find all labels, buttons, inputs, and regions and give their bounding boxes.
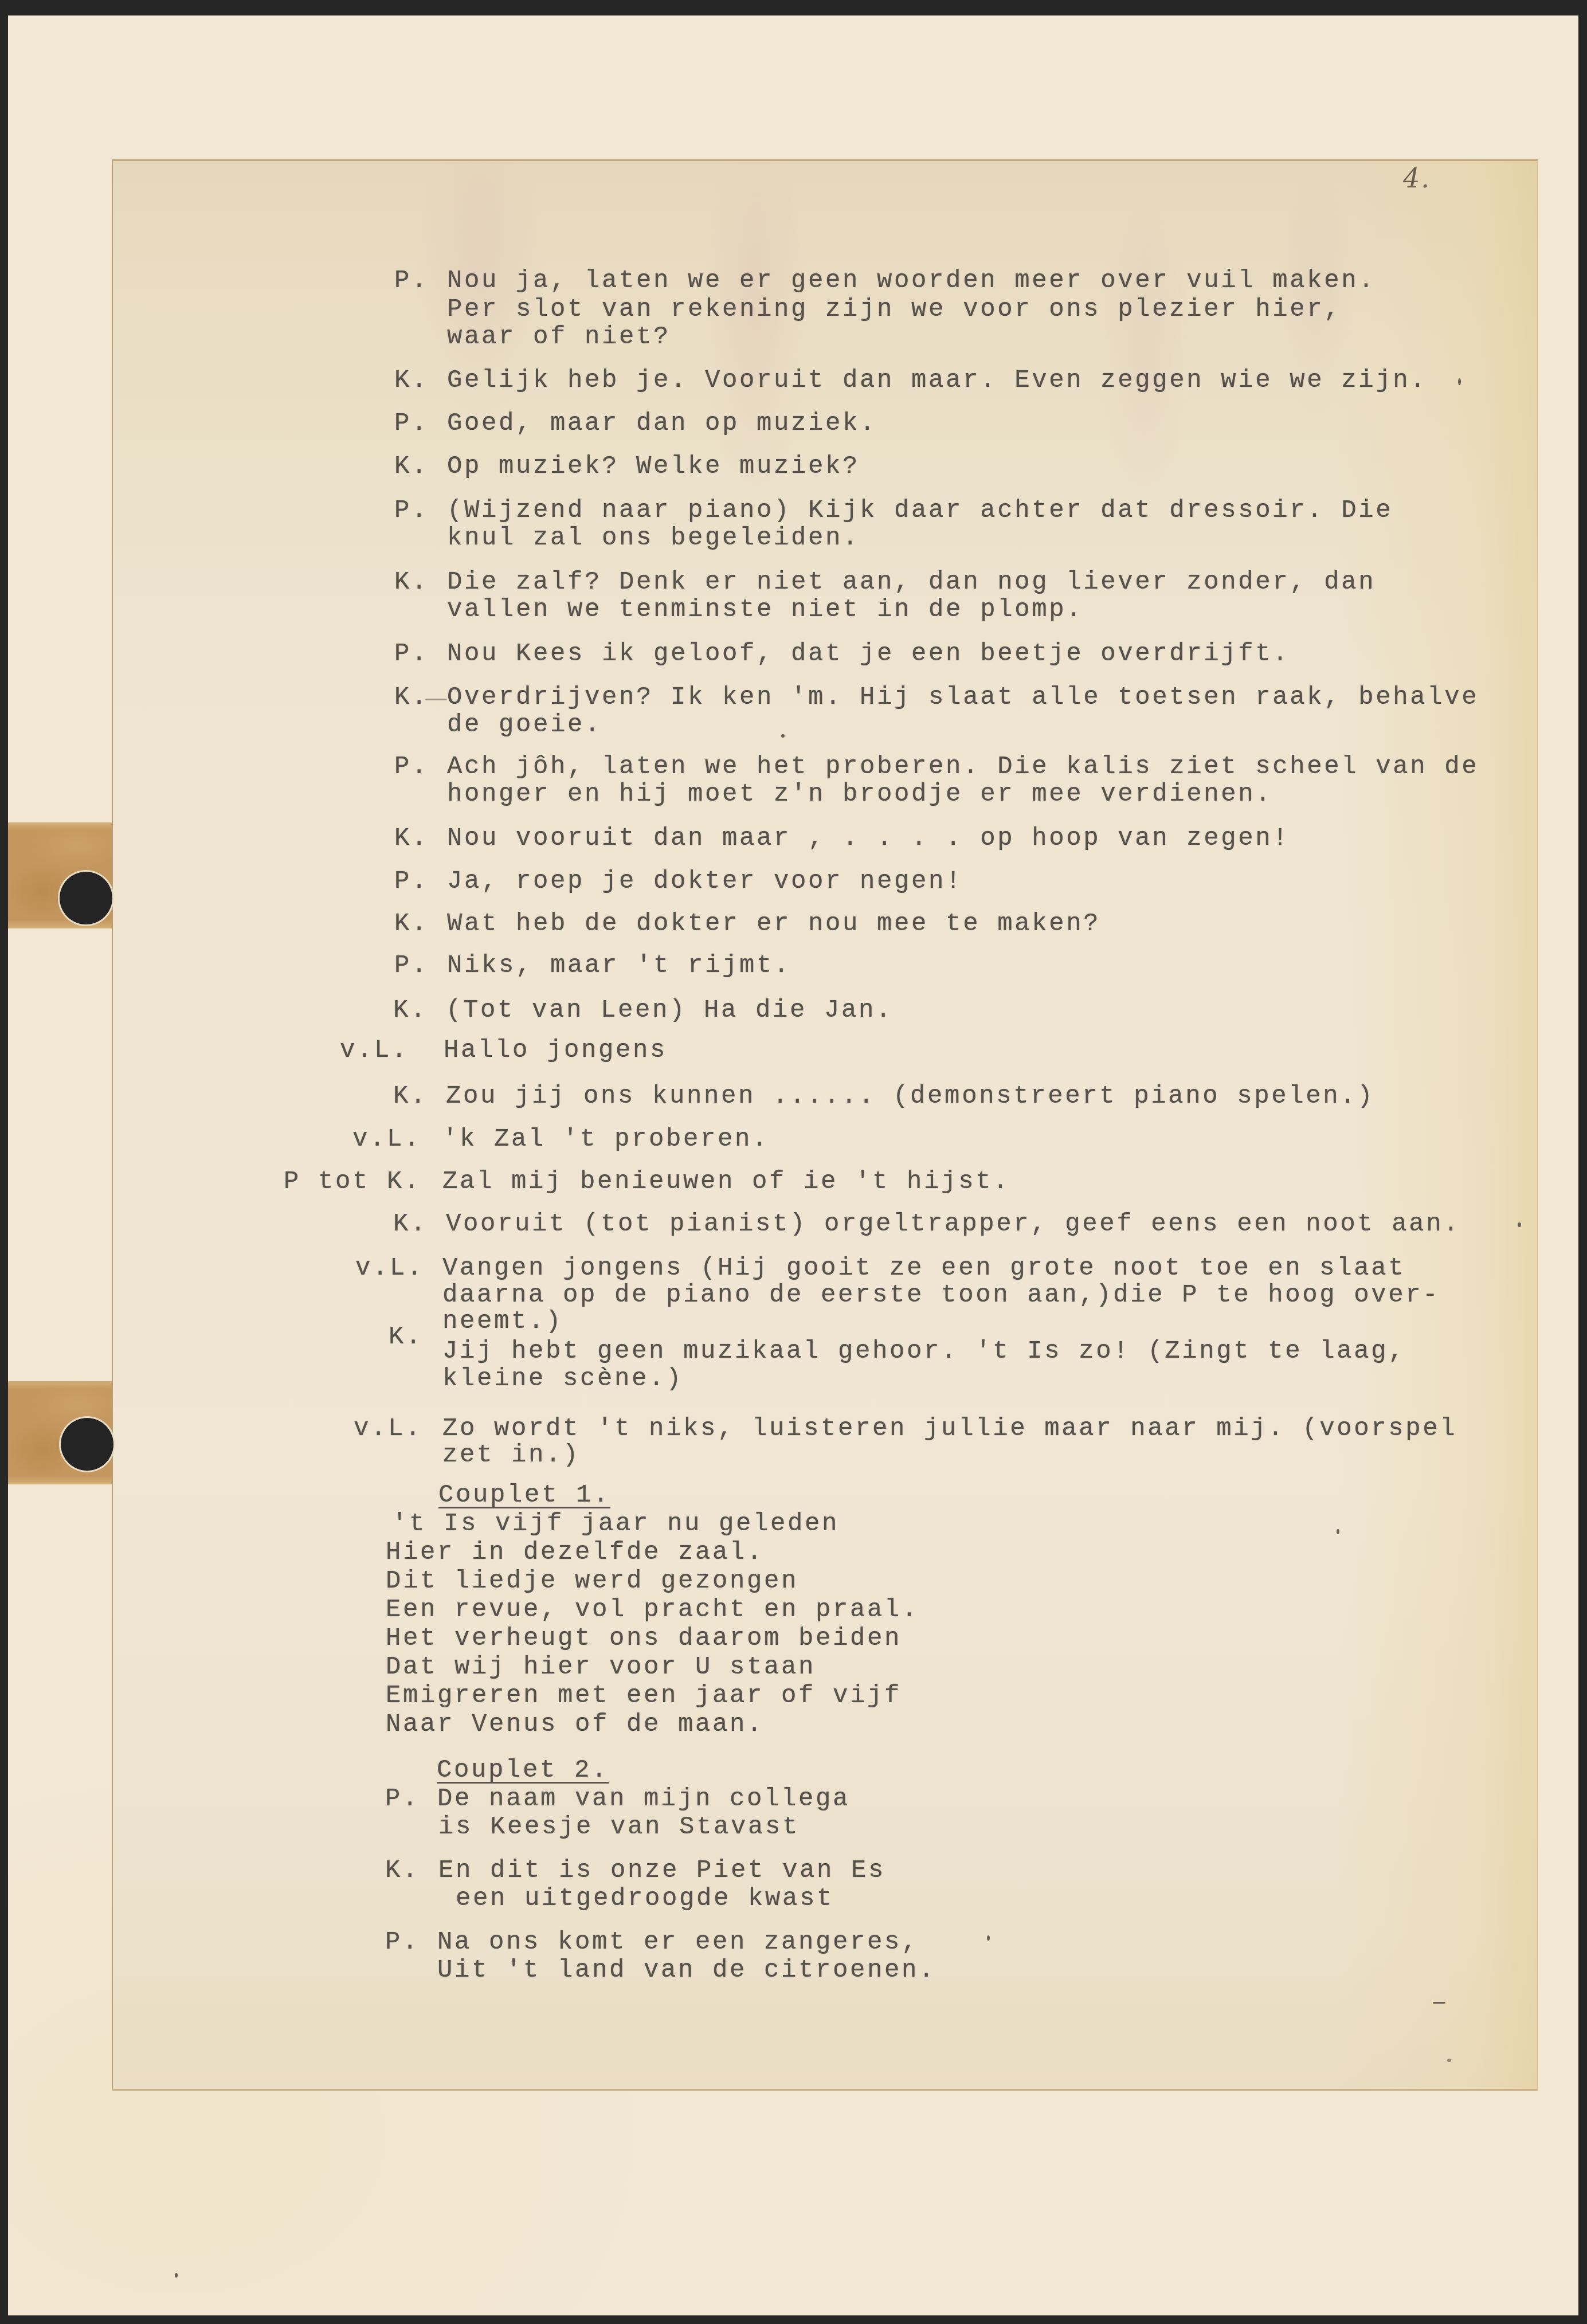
speaker-label: K.: [394, 452, 429, 481]
song-line: Dit liedje werd gezongen: [386, 1567, 798, 1596]
dialogue-line: daarna op de piano de eerste toon aan,)d…: [442, 1281, 1440, 1310]
speaker-label: v.L.: [354, 1414, 422, 1443]
ink-speck: [1458, 378, 1461, 385]
song-line: 't Is vijf jaar nu geleden: [392, 1510, 839, 1538]
speaker-label: K.: [393, 1210, 428, 1239]
speaker-label: K.: [393, 996, 428, 1025]
speaker-label: P.: [394, 951, 429, 980]
dialogue-line: Nou vooruit dan maar , . . . . op hoop v…: [447, 824, 1290, 853]
dialogue-line: Die zalf? Denk er niet aan, dan nog liev…: [447, 568, 1376, 597]
speaker-label: K.: [394, 568, 429, 597]
song-line: Uit 't land van de citroenen.: [437, 1956, 936, 1985]
dialogue-line: Gelijk heb je. Vooruit dan maar. Even ze…: [447, 366, 1427, 395]
dialogue-line: Overdrijven? Ik ken 'm. Hij slaat alle t…: [447, 683, 1479, 712]
dialogue-line: (Wijzend naar piano) Kijk daar achter da…: [447, 496, 1393, 525]
dialogue-line: Nou ja, laten we er geen woorden meer ov…: [447, 267, 1376, 295]
speaker-label: P.: [385, 1785, 420, 1813]
ink-speck: [1433, 2002, 1445, 2004]
song-line: Emigreren met een jaar of vijf: [386, 1682, 902, 1710]
dialogue-line: Ja, roep je dokter voor negen!: [447, 867, 963, 896]
dialogue-line: Niks, maar 't rijmt.: [447, 951, 791, 980]
song-line: En dit is onze Piet van Es: [438, 1856, 885, 1885]
speaker-label: v.L.: [355, 1254, 424, 1283]
song-line: Het verheugt ons daarom beiden: [386, 1624, 902, 1653]
dialogue-line: waar of niet?: [447, 323, 671, 351]
speaker-label: K.: [394, 824, 429, 853]
speaker-label: P.: [394, 409, 429, 438]
dialogue-line: 'k Zal 't proberen.: [442, 1125, 769, 1154]
dialogue-line: knul zal ons begeleiden.: [447, 524, 860, 552]
song-line: een uitgedroogde kwast: [456, 1884, 834, 1913]
speaker-label: K.: [394, 683, 429, 712]
dialogue-line: Ach jôh, laten we het proberen. Die kali…: [447, 753, 1479, 781]
speaker-label: K.: [394, 910, 429, 938]
dialogue-line: Zal mij benieuwen of ie 't hijst.: [442, 1167, 1010, 1196]
ink-speck: [1447, 2059, 1451, 2062]
speaker-label: v.L.: [352, 1125, 421, 1154]
ink-speck: [781, 734, 785, 738]
song-line: Dat wij hier voor U staan: [386, 1653, 816, 1682]
song-line: De naam van mijn collega: [437, 1785, 850, 1813]
speaker-label: K.: [385, 1856, 420, 1885]
ink-speck: [987, 1935, 990, 1941]
dialogue-line: Zo wordt 't niks, luisteren jullie maar …: [442, 1414, 1457, 1443]
speaker-label: K.: [389, 1323, 423, 1351]
couplet-heading: Couplet 1.: [438, 1481, 610, 1510]
speaker-label: P tot K.: [284, 1167, 421, 1196]
dialogue-line: Jij hebt geen muzikaal gehoor. 't Is zo!…: [442, 1337, 1405, 1366]
song-line: Na ons komt er een zangeres,: [437, 1928, 919, 1957]
song-line: is Keesje van Stavast: [438, 1813, 800, 1841]
ink-speck: [175, 2273, 178, 2278]
dialogue-line: zet in.): [442, 1441, 580, 1469]
speaker-label: v.L.: [340, 1036, 409, 1065]
dialogue-line: Hallo jongens: [444, 1036, 667, 1065]
dialogue-line: Goed, maar dan op muziek.: [447, 409, 877, 438]
dialogue-line: Op muziek? Welke muziek?: [447, 452, 860, 481]
dialogue-line: Vangen jongens (Hij gooit ze een grote n…: [442, 1254, 1405, 1283]
dialogue-line: kleine scène.): [442, 1365, 683, 1393]
dialogue-line: honger en hij moet z'n broodje er mee ve…: [447, 780, 1272, 809]
ink-speck: [1337, 1529, 1339, 1534]
song-line: Een revue, vol pracht en praal.: [386, 1596, 919, 1624]
dialogue-line: Zou jij ons kunnen ...... (demonstreert …: [446, 1082, 1374, 1111]
dialogue-line: Wat heb de dokter er nou mee te maken?: [447, 910, 1100, 938]
couplet-heading: Couplet 2.: [437, 1756, 609, 1785]
speaker-label: P.: [394, 753, 429, 781]
dialogue-line: vallen we tenminste niet in de plomp.: [447, 595, 1083, 624]
speaker-label: P.: [394, 640, 429, 668]
dialogue-line: de goeie.: [447, 711, 602, 739]
speaker-label: K.: [393, 1082, 428, 1111]
speaker-label: P.: [394, 496, 429, 525]
dialogue-line: (Tot van Leen) Ha die Jan.: [446, 996, 893, 1025]
speaker-label: K.: [394, 366, 429, 395]
typescript-content: P. Nou ja, laten we er geen woorden meer…: [0, 0, 1587, 2324]
song-line: Naar Venus of de maan.: [386, 1710, 764, 1739]
ink-speck: [1518, 1222, 1521, 1227]
dialogue-line: Nou Kees ik geloof, dat je een beetje ov…: [447, 640, 1290, 668]
speaker-label: P.: [394, 267, 429, 295]
dialogue-line: Per slot van rekening zijn we voor ons p…: [447, 295, 1341, 324]
speaker-label: P.: [385, 1928, 420, 1957]
speaker-label: P.: [394, 867, 429, 896]
strike-mark: [425, 699, 447, 700]
song-line: Hier in dezelfde zaal.: [386, 1538, 764, 1567]
dialogue-line: neemt.): [442, 1307, 563, 1336]
dialogue-line: Vooruit (tot pianist) orgeltrapper, geef…: [446, 1210, 1460, 1239]
